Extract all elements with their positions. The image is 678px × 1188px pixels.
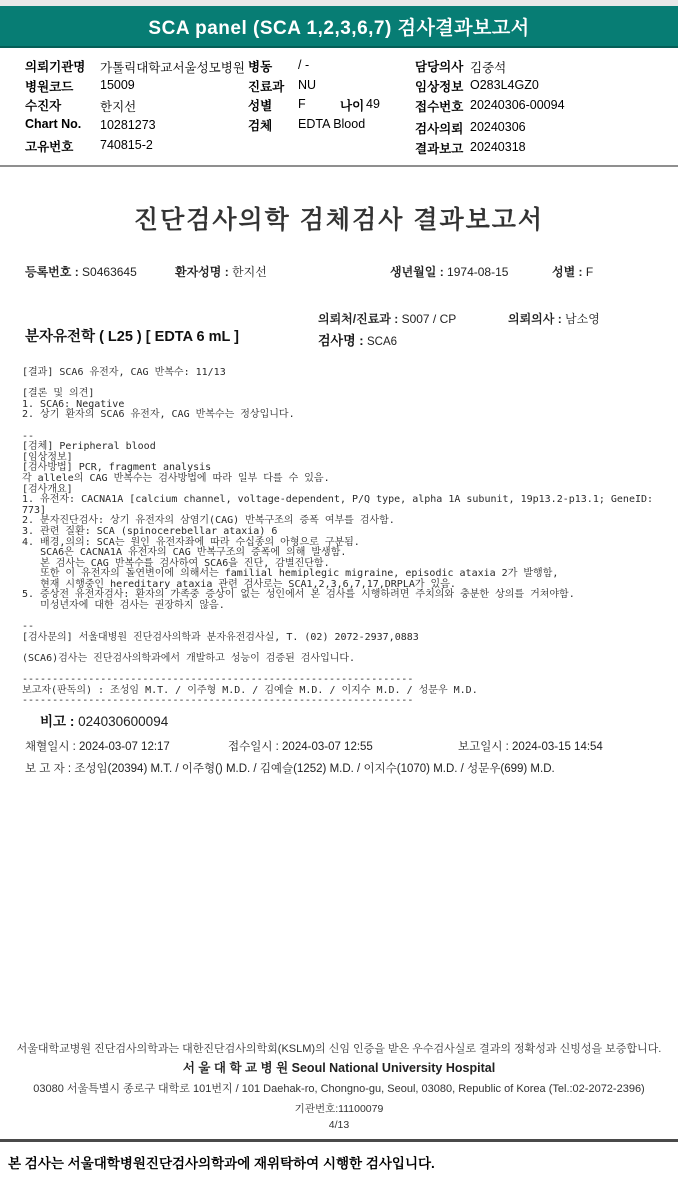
field-value: 2024-03-15 14:54: [512, 741, 603, 753]
field-label: 의뢰기관명: [25, 57, 85, 75]
reporters-row: 보 고 자 : 조성임(20394) M.T. / 이주형() M.D. / 김…: [25, 760, 555, 776]
patient-reg-no: 등록번호 : S0463645: [25, 263, 137, 280]
receipt-datetime: 접수일시 : 2024-03-07 12:55: [228, 738, 373, 754]
field-label: 검체: [248, 116, 272, 134]
field-value: EDTA Blood: [298, 117, 365, 131]
field-value: 김중석: [470, 58, 506, 76]
field-value: 20240306-00094: [470, 98, 565, 112]
collection-datetime: 채혈일시 : 2024-03-07 12:17: [25, 738, 170, 754]
field-label: 성별: [248, 96, 272, 114]
field-value: 조성임(20394) M.T. / 이주형() M.D. / 김예슬(1252)…: [74, 763, 554, 775]
field-label: 성별 :: [552, 265, 583, 279]
field-label: 병원코드: [25, 77, 73, 95]
field-value: S0463645: [82, 265, 137, 279]
field-value: F: [298, 97, 306, 111]
field-label: 접수번호: [415, 97, 463, 115]
field-value: 10281273: [100, 118, 156, 132]
field-value: 024030600094: [78, 714, 168, 729]
field-value: 15009: [100, 78, 135, 92]
field-label: 고유번호: [25, 137, 73, 155]
footer-org-number: 기관번호:11100079: [0, 1101, 678, 1116]
footer-divider: [0, 1139, 678, 1142]
header-divider: [0, 165, 678, 167]
remark-row: 비고 : 024030600094: [40, 710, 168, 730]
field-label: 병동: [248, 57, 272, 75]
field-label: 담당의사: [415, 57, 463, 75]
patient-name: 환자성명 : 한지선: [175, 263, 267, 280]
report-title-bar: SCA panel (SCA 1,2,3,6,7) 검사결과보고서: [0, 6, 678, 48]
field-label: 보 고 자 :: [25, 763, 71, 775]
field-label: 임상정보: [415, 77, 463, 95]
field-value: 20240306: [470, 120, 526, 134]
field-value: 2024-03-07 12:17: [79, 741, 170, 753]
field-label: 환자성명 :: [175, 265, 229, 279]
field-value: S007 / CP: [402, 312, 457, 326]
field-label: 보고일시 :: [458, 741, 509, 753]
field-label: 등록번호 :: [25, 265, 79, 279]
patient-birthdate: 생년월일 : 1974-08-15: [390, 263, 508, 280]
field-value: / -: [298, 58, 309, 72]
field-label: 진료과: [248, 77, 284, 95]
field-label: 채혈일시 :: [25, 741, 76, 753]
field-label: 의뢰의사 :: [508, 312, 562, 326]
field-value: 20240318: [470, 140, 526, 154]
footer-page-number: 4/13: [0, 1119, 678, 1131]
field-value-age: 49: [366, 97, 380, 111]
field-label: 수진자: [25, 96, 61, 114]
field-value: 남소영: [565, 312, 600, 326]
patient-sex: 성별 : F: [552, 263, 593, 280]
footer-accreditation: 서울대학교병원 진단검사의학과는 대한진단검사의학회(KSLM)의 신임 인증을…: [0, 1040, 678, 1056]
field-value: 740815-2: [100, 138, 153, 152]
footer-hospital-name: 서 울 대 학 교 병 원 Seoul National University …: [0, 1058, 678, 1076]
report-title-bar-text: SCA panel (SCA 1,2,3,6,7) 검사결과보고서: [148, 13, 529, 40]
field-label: 검사의뢰: [415, 119, 463, 137]
footer-address: 03080 서울특별시 종로구 대학로 101번지 / 101 Daehak-r…: [0, 1080, 678, 1096]
ordering-dept: 의뢰처/진료과 : S007 / CP: [318, 310, 456, 327]
field-label: 의뢰처/진료과 :: [318, 312, 398, 326]
report-datetime: 보고일시 : 2024-03-15 14:54: [458, 738, 603, 754]
test-name-row: 검사명 : SCA6: [318, 330, 397, 349]
report-main-title: 진단검사의학 검체검사 결과보고서: [0, 200, 678, 236]
field-label: 비고 :: [40, 714, 74, 729]
field-value: 2024-03-07 12:55: [282, 741, 373, 753]
field-value: SCA6: [367, 336, 397, 348]
ordering-doctor: 의뢰의사 : 남소영: [508, 310, 600, 327]
result-text-block: [결과] SCA6 유전자, CAG 반복수: 11/13 [결론 및 의견] …: [22, 368, 667, 707]
field-label: 접수일시 :: [228, 741, 279, 753]
section-title-molecular-genetics: 분자유전학 ( L25 ) [ EDTA 6 mL ]: [25, 325, 239, 346]
outsourced-test-note: 본 검사는 서울대학병원진단검사의학과에 재위탁하여 시행한 검사입니다.: [8, 1152, 435, 1172]
field-value: 한지선: [100, 97, 136, 115]
field-value: NU: [298, 78, 316, 92]
field-label: Chart No.: [25, 117, 81, 131]
field-value: O283L4GZ0: [470, 78, 539, 92]
field-value: F: [586, 265, 593, 279]
field-label: 검사명 :: [318, 333, 364, 348]
field-label-age: 나이: [340, 96, 364, 114]
field-label: 결과보고: [415, 139, 463, 157]
field-value: 한지선: [232, 265, 267, 279]
field-value: 가톨릭대학교서울성모병원: [100, 58, 245, 76]
field-value: 1974-08-15: [447, 265, 508, 279]
field-label: 생년월일 :: [390, 265, 444, 279]
lab-report-page: SCA panel (SCA 1,2,3,6,7) 검사결과보고서 의뢰기관명 …: [0, 0, 678, 1188]
